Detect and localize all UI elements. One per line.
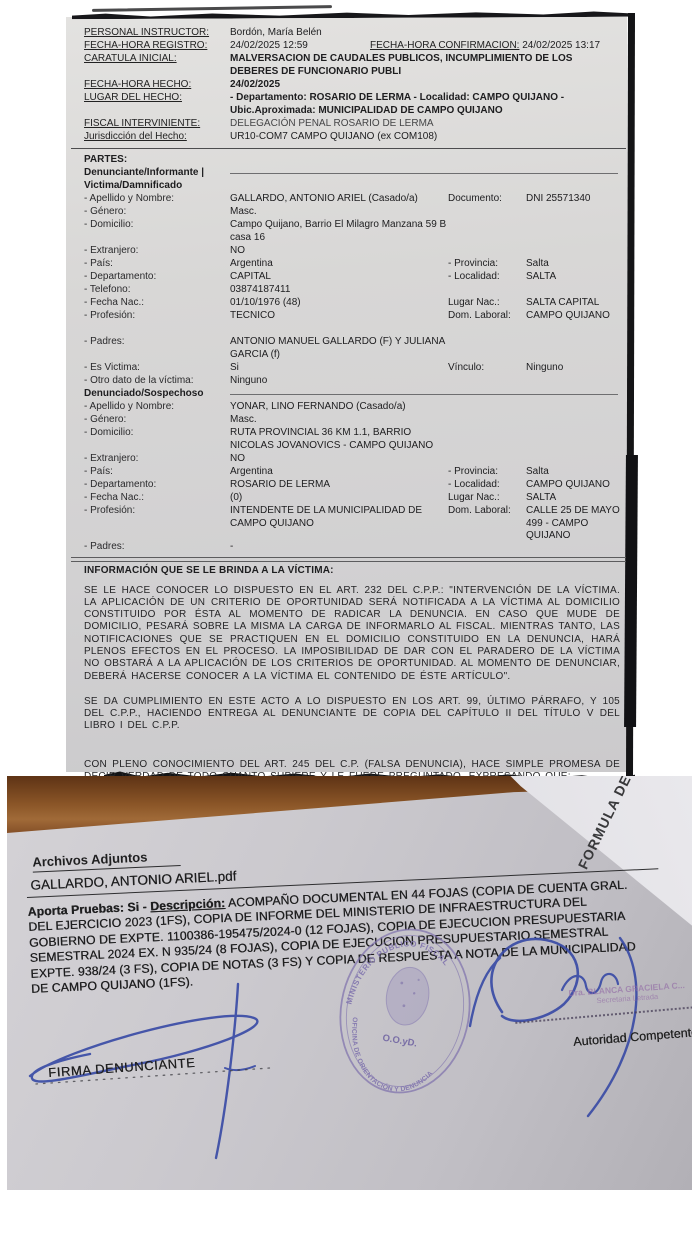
form-header-row: Jurisdicción del Hecho: UR10-COM7 CAMPO … [84,131,620,144]
field-label: Documento: [448,193,526,206]
field-label: Jurisdicción del Hecho: [84,131,230,144]
field-label: - Extranjero: [84,453,230,466]
scan-top-edge [72,11,633,19]
field-label: CARATULA INICIAL: [84,53,230,66]
scanned-form-page: PERSONAL INSTRUCTOR: Bordón, María Belén… [66,17,627,772]
field-label: - Domicilio: [84,427,230,440]
field-label: - Localidad: [448,271,526,284]
stamp-center-emblem [382,964,433,1028]
field-label: - Departamento: [84,479,230,492]
field-label: - Es Victima: [84,362,230,375]
field-label: - Fecha Nac.: [84,492,230,505]
field-label: - País: [84,466,230,479]
party-row: - Domicilio:RUTA PROVINCIAL 36 KM 1.1, B… [84,427,620,453]
form-header-row: PERSONAL INSTRUCTOR: Bordón, María Belén [84,27,620,40]
field-label: - Profesión: [84,505,230,518]
form-header-row: CARATULA INICIAL: MALVERSACION DE CAUDAL… [84,53,620,79]
field-label: FISCAL INTERVINIENTE: [84,118,230,131]
attachments-title: Archivos Adjuntos [32,848,181,873]
field-label: - Género: [84,206,230,219]
party-group-title-text: Denunciante/Informante | [84,167,204,178]
field-value: CALLE 25 DE MAYO 499 - CAMPO QUIJANO [526,505,620,543]
partes-title: PARTES: [84,154,620,167]
form-header-row: FECHA-HORA HECHO: 24/02/2025 [84,79,620,92]
field-value: TECNICO [230,310,448,323]
party-row: - Profesión:TECNICODom. Laboral:CAMPO QU… [84,310,620,336]
form-header: PERSONAL INSTRUCTOR: Bordón, María Belén… [84,27,620,144]
party-row: - Padres:- [84,541,620,554]
party-row: - Otro dato de la víctima:Ninguno [84,375,620,388]
ministry-oval-stamp: MINISTERIO PUBLICO FISCAL OFICINA DE ORI… [321,915,488,1107]
field-label: - Profesión: [84,310,230,323]
screenshot: { "colors": { "scan_paper": "#d6d5d5", "… [0,0,700,1244]
field-label: Dom. Laboral: [448,310,526,323]
field-label: Vínculo: [448,362,526,375]
field-value: CAMPO QUIJANO [526,310,620,323]
party-row: - Profesión:INTENDENTE DE LA MUNICIPALID… [84,505,620,541]
party-row: - Extranjero:NO [84,453,620,466]
signature-page-photo: FORMULA DE Archivos Adjuntos GALLARDO, A… [7,776,692,1190]
party-row: - Departamento:CAPITAL- Localidad:SALTA [84,271,620,284]
party-row: - País:Argentina- Provincia:Salta [84,258,620,271]
field-value: YONAR, LINO FERNANDO (Casado/a) [230,401,448,414]
field-value: Ninguno [230,375,448,388]
field-label: - Apellido y Nombre: [84,193,230,206]
field-label: - Apellido y Nombre: [84,401,230,414]
info-paragraph-2: SE DA CUMPLIMIENTO EN ESTE ACTO A LO DIS… [84,696,620,733]
double-divider [71,557,626,562]
field-value: Si [230,362,448,375]
scan-top-smudge [92,5,332,12]
party-row: - Es Victima:SiVínculo:Ninguno [84,362,620,375]
field-label: Lugar Nac.: [448,297,526,310]
field-value: Argentina [230,466,448,479]
field-value: 24/02/2025 [230,79,620,92]
field-value: SALTA [526,492,620,505]
party-row: - Apellido y Nombre:GALLARDO, ANTONIO AR… [84,193,620,206]
victim-info-title: INFORMACIÓN QUE SE LE BRINDA A LA VÍCTIM… [84,565,620,578]
partes-section: PARTES: Denunciante/Informante | Victima… [84,154,620,554]
field-label: FECHA-HORA CONFIRMACION: [370,40,519,51]
party-row: - Género:Masc. [84,206,620,219]
field-label: - Fecha Nac.: [84,297,230,310]
field-value: UR10-COM7 CAMPO QUIJANO (ex COM108) [230,131,620,144]
field-value: Ninguno [526,362,620,375]
field-label: - Domicilio: [84,219,230,232]
field-value: CAPITAL [230,271,448,284]
field-value: - [230,541,448,554]
field-value: RUTA PROVINCIAL 36 KM 1.1, BARRIO NICOLA… [230,427,448,452]
field-label: - Provincia: [448,258,526,271]
field-label: - País: [84,258,230,271]
field-value: Campo Quijano, Barrio El Milagro Manzana… [230,219,448,244]
group-divider-line [230,394,618,395]
field-value: Masc. [230,414,448,427]
evidence-desc-label: Descripción: [150,896,226,913]
party-group-title2: Victima/Damnificado [84,180,620,193]
party-group-title: Denunciante/Informante | [84,167,620,180]
party-row: - País:Argentina- Provincia:Salta [84,466,620,479]
form-header-row: LUGAR DEL HECHO: - Departamento: ROSARIO… [84,92,620,118]
field-value: - Departamento: ROSARIO DE LERMA - Local… [230,92,620,117]
stamp-center-text: O.O.yD. [382,1033,418,1050]
field-value: MALVERSACION DE CAUDALES PUBLICOS, INCUM… [230,53,620,78]
authority-signature [468,928,692,1118]
field-label: - Extranjero: [84,245,230,258]
form-header-row: FECHA-HORA REGISTRO: 24/02/2025 12:59 FE… [84,40,620,53]
svg-text:OFICINA DE ORIENTACIÓN Y DENUN: OFICINA DE ORIENTACIÓN Y DENUNCIA [339,1016,442,1099]
form-header-row: FISCAL INTERVINIENTE: DELEGACIÓN PENAL R… [84,118,620,131]
field-label: FECHA-HORA HECHO: [84,79,230,92]
field-value: NO [230,453,448,466]
field-label: - Departamento: [84,271,230,284]
field-value: CAMPO QUIJANO [526,479,620,492]
field-label: PERSONAL INSTRUCTOR: [84,27,230,40]
field-value: 01/10/1976 (48) [230,297,448,310]
stamp-text-bottom: OFICINA DE ORIENTACIÓN Y DENUNCIA [339,1016,442,1099]
field-value: (0) [230,492,448,505]
victim-info-section: INFORMACIÓN QUE SE LE BRINDA A LA VÍCTIM… [84,565,620,783]
party-row: - Género:Masc. [84,414,620,427]
field-value: INTENDENTE DE LA MUNICIPALIDAD DE CAMPO … [230,505,448,530]
field-value: GALLARDO, ANTONIO ARIEL (Casado/a) [230,193,448,206]
party-row: - Padres:ANTONIO MANUEL GALLARDO (F) Y J… [84,336,620,362]
field-value: DELEGACIÓN PENAL ROSARIO DE LERMA [230,118,620,131]
field-value: Bordón, María Belén [230,27,620,40]
field-label: - Otro dato de la víctima: [84,375,230,388]
group-divider-line [230,173,618,174]
field-label: - Padres: [84,541,230,554]
field-value: Argentina [230,258,448,271]
party-row: - Departamento:ROSARIO DE LERMA- Localid… [84,479,620,492]
field-value: 03874187411 [230,284,448,297]
field-value: 24/02/2025 13:17 [519,40,600,51]
field-value: DNI 25571340 [526,193,620,206]
scan-right-edge-thick [624,455,638,727]
field-label: - Localidad: [448,479,526,492]
party-row: - Fecha Nac.:(0)Lugar Nac.:SALTA [84,492,620,505]
party-row: - Fecha Nac.:01/10/1976 (48)Lugar Nac.:S… [84,297,620,310]
field-label: - Provincia: [448,466,526,479]
party-row: - Telefono:03874187411 [84,284,620,297]
field-label: LUGAR DEL HECHO: [84,92,230,105]
field-value: Salta [526,258,620,271]
field-value: ROSARIO DE LERMA [230,479,448,492]
party-row: - Domicilio:Campo Quijano, Barrio El Mil… [84,219,620,245]
field-label: Dom. Laboral: [448,505,526,518]
field-value: NO [230,245,448,258]
field-value: Masc. [230,206,448,219]
field-pair: FECHA-HORA CONFIRMACION: 24/02/2025 13:1… [370,40,600,53]
info-paragraph-1: SE LE HACE CONOCER LO DISPUESTO EN EL AR… [84,585,620,683]
field-label: - Género: [84,414,230,427]
section-divider [71,148,626,149]
field-value: Salta [526,466,620,479]
party-group-title-text: Denunciado/Sospechoso [84,388,203,399]
field-value: ANTONIO MANUEL GALLARDO (F) Y JULIANA GA… [230,336,448,361]
party-group-title: Denunciado/Sospechoso [84,388,620,401]
field-label: - Padres: [84,336,230,349]
field-label: - Telefono: [84,284,230,297]
field-label: Lugar Nac.: [448,492,526,505]
field-label: FECHA-HORA REGISTRO: [84,40,230,53]
party-row: - Apellido y Nombre:YONAR, LINO FERNANDO… [84,401,620,414]
field-value: SALTA CAPITAL [526,297,620,310]
field-value: SALTA [526,271,620,284]
party-row: - Extranjero:NO [84,245,620,258]
